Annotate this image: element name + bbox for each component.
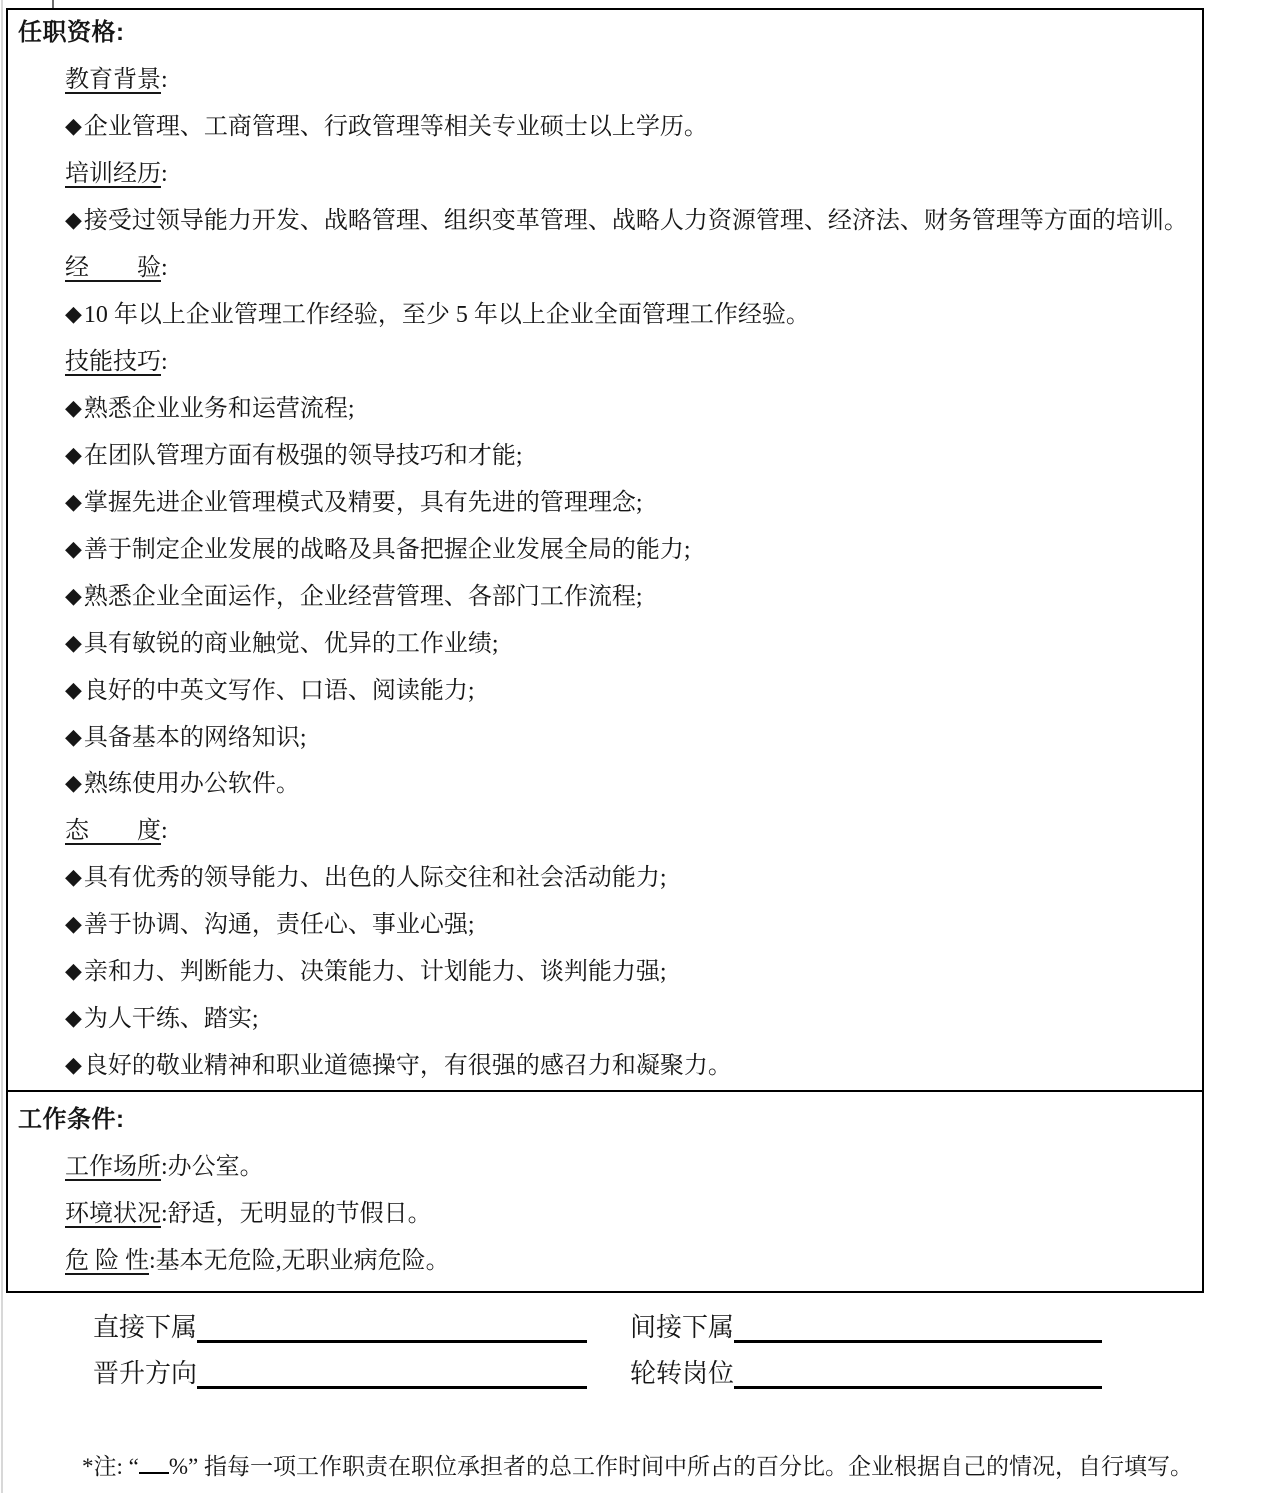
qualification-bullet-item: ◆熟悉企业业务和运营流程;	[8, 386, 1202, 433]
qualification-lines: 教育背景:◆企业管理、工商管理、行政管理等相关专业硕士以上学历。培训经历:◆接受…	[8, 57, 1202, 1090]
qualifications-title: 任职资格:	[8, 10, 1202, 57]
diamond-bullet-icon: ◆	[65, 210, 82, 232]
condition-value: :基本无危险,无职业病危险。	[149, 1249, 450, 1273]
field-label: 晋升方向	[93, 1359, 197, 1389]
diamond-bullet-icon: ◆	[65, 680, 82, 702]
bullet-item-text: 10 年以上企业管理工作经验，至少 5 年以上企业全面管理工作经验。	[84, 303, 810, 327]
bullet-item-text: 良好的中英文写作、口语、阅读能力;	[84, 679, 475, 703]
field-blank-line	[197, 1359, 587, 1389]
condition-label: 环境状况	[65, 1202, 161, 1226]
diamond-bullet-icon: ◆	[65, 914, 82, 936]
condition-value: :办公室。	[161, 1155, 264, 1179]
diamond-bullet-icon: ◆	[65, 727, 82, 749]
qualification-bullet-item: ◆具有敏锐的商业触觉、优异的工作业绩;	[8, 620, 1202, 667]
conditions-box: 工作条件: 工作场所:办公室。环境状况:舒适，无明显的节假日。危 险 性:基本无…	[6, 1092, 1204, 1293]
diamond-bullet-icon: ◆	[65, 445, 82, 467]
subheading-label: 技能技巧	[65, 350, 161, 374]
qualification-subheading: 经 验:	[8, 245, 1202, 292]
subheading-label: 教育背景	[65, 68, 161, 92]
field-promotion-direction: 晋升方向	[93, 1359, 587, 1389]
conditions-title: 工作条件:	[8, 1097, 1202, 1144]
qualification-bullet-item: ◆亲和力、判断能力、决策能力、计划能力、谈判能力强;	[8, 949, 1202, 996]
qualification-bullet-item: ◆具备基本的网络知识;	[8, 714, 1202, 761]
qualification-bullet-item: ◆善于协调、沟通，责任心、事业心强;	[8, 902, 1202, 949]
diamond-bullet-icon: ◆	[65, 586, 82, 608]
subheading-colon: :	[161, 162, 168, 186]
bullet-item-text: 熟悉企业全面运作，企业经营管理、各部门工作流程;	[84, 585, 643, 609]
bullet-item-text: 为人干练、踏实;	[84, 1007, 259, 1031]
bullet-item-text: 在团队管理方面有极强的领导技巧和才能;	[84, 444, 523, 468]
diamond-bullet-icon: ◆	[65, 539, 82, 561]
qualification-bullet-item: ◆企业管理、工商管理、行政管理等相关专业硕士以上学历。	[8, 104, 1202, 151]
bullet-item-text: 具有优秀的领导能力、出色的人际交往和社会活动能力;	[84, 866, 667, 890]
field-blank-line	[197, 1313, 587, 1343]
qualification-bullet-item: ◆接受过领导能力开发、战略管理、组织变革管理、战略人力资源管理、经济法、财务管理…	[8, 198, 1202, 245]
bullet-item-text: 熟悉企业业务和运营流程;	[84, 397, 355, 421]
field-label: 轮转岗位	[630, 1359, 734, 1389]
condition-value: :舒适，无明显的节假日。	[161, 1202, 432, 1226]
diamond-bullet-icon: ◆	[65, 1055, 82, 1077]
page-edge-line	[1, 0, 3, 1493]
subheading-label: 态 度	[65, 819, 161, 843]
bullet-item-text: 善于制定企业发展的战略及具备把握企业发展全局的能力;	[84, 538, 691, 562]
condition-label: 工作场所	[65, 1155, 161, 1179]
footnote: *注: “%” 指每一项工作职责在职位承担者的总工作时间中所占的百分比。企业根据…	[82, 1452, 1193, 1482]
subheading-colon: :	[161, 350, 168, 374]
qualification-subheading: 培训经历:	[8, 151, 1202, 198]
table-column-tick-mark	[52, 0, 54, 8]
bullet-item-text: 接受过领导能力开发、战略管理、组织变革管理、战略人力资源管理、经济法、财务管理等…	[84, 209, 1188, 233]
field-rotation-position: 轮转岗位	[630, 1359, 1102, 1389]
diamond-bullet-icon: ◆	[65, 633, 82, 655]
subheading-colon: :	[161, 256, 168, 280]
qualification-bullet-item: ◆良好的敬业精神和职业道德操守，有很强的感召力和凝聚力。	[8, 1043, 1202, 1090]
condition-row: 危 险 性:基本无危险,无职业病危险。	[8, 1238, 1202, 1285]
document-page: 任职资格: 教育背景:◆企业管理、工商管理、行政管理等相关专业硕士以上学历。培训…	[0, 0, 1262, 1493]
footnote-text: %” 指每一项工作职责在职位承担者的总工作时间中所占的百分比。企业根据自己的情况…	[169, 1454, 1193, 1479]
condition-rows: 工作场所:办公室。环境状况:舒适，无明显的节假日。危 险 性:基本无危险,无职业…	[8, 1144, 1202, 1285]
bullet-item-text: 企业管理、工商管理、行政管理等相关专业硕士以上学历。	[84, 115, 708, 139]
qualification-bullet-item: ◆良好的中英文写作、口语、阅读能力;	[8, 667, 1202, 714]
subheading-colon: :	[161, 819, 168, 843]
qualification-bullet-item: ◆掌握先进企业管理模式及精要，具有先进的管理理念;	[8, 479, 1202, 526]
field-label: 直接下属	[93, 1313, 197, 1343]
condition-label: 危 险 性	[65, 1249, 149, 1273]
bullet-item-text: 掌握先进企业管理模式及精要，具有先进的管理理念;	[84, 491, 643, 515]
subheading-colon: :	[161, 68, 168, 92]
field-label: 间接下属	[630, 1313, 734, 1343]
qualification-bullet-item: ◆熟悉企业全面运作，企业经营管理、各部门工作流程;	[8, 573, 1202, 620]
bullet-item-text: 亲和力、判断能力、决策能力、计划能力、谈判能力强;	[84, 960, 667, 984]
qualification-bullet-item: ◆具有优秀的领导能力、出色的人际交往和社会活动能力;	[8, 855, 1202, 902]
field-indirect-subordinates: 间接下属	[630, 1313, 1102, 1343]
bullet-item-text: 良好的敬业精神和职业道德操守，有很强的感召力和凝聚力。	[84, 1054, 732, 1078]
field-direct-subordinates: 直接下属	[93, 1313, 587, 1343]
qualification-subheading: 态 度:	[8, 808, 1202, 855]
bullet-item-text: 具有敏锐的商业触觉、优异的工作业绩;	[84, 632, 499, 656]
qualification-bullet-item: ◆善于制定企业发展的战略及具备把握企业发展全局的能力;	[8, 526, 1202, 573]
condition-row: 环境状况:舒适，无明显的节假日。	[8, 1191, 1202, 1238]
bullet-item-text: 熟练使用办公软件。	[84, 772, 300, 796]
subheading-label: 经 验	[65, 256, 161, 280]
diamond-bullet-icon: ◆	[65, 1008, 82, 1030]
field-blank-line	[734, 1359, 1102, 1389]
field-blank-line	[734, 1313, 1102, 1343]
qualification-bullet-item: ◆在团队管理方面有极强的领导技巧和才能;	[8, 432, 1202, 479]
footnote-prefix: *注: “	[82, 1454, 139, 1479]
diamond-bullet-icon: ◆	[65, 398, 82, 420]
bullet-item-text: 善于协调、沟通，责任心、事业心强;	[84, 913, 475, 937]
qualification-subheading: 技能技巧:	[8, 339, 1202, 386]
qualification-bullet-item: ◆熟练使用办公软件。	[8, 761, 1202, 808]
diamond-bullet-icon: ◆	[65, 492, 82, 514]
bullet-item-text: 具备基本的网络知识;	[84, 726, 307, 750]
footnote-blank-line	[139, 1453, 169, 1474]
qualifications-box: 任职资格: 教育背景:◆企业管理、工商管理、行政管理等相关专业硕士以上学历。培训…	[6, 8, 1204, 1092]
diamond-bullet-icon: ◆	[65, 116, 82, 138]
qualification-bullet-item: ◆10 年以上企业管理工作经验，至少 5 年以上企业全面管理工作经验。	[8, 292, 1202, 339]
qualification-subheading: 教育背景:	[8, 57, 1202, 104]
diamond-bullet-icon: ◆	[65, 773, 82, 795]
subheading-label: 培训经历	[65, 162, 161, 186]
diamond-bullet-icon: ◆	[65, 961, 82, 983]
diamond-bullet-icon: ◆	[65, 304, 82, 326]
diamond-bullet-icon: ◆	[65, 867, 82, 889]
qualification-bullet-item: ◆为人干练、踏实;	[8, 996, 1202, 1043]
condition-row: 工作场所:办公室。	[8, 1144, 1202, 1191]
